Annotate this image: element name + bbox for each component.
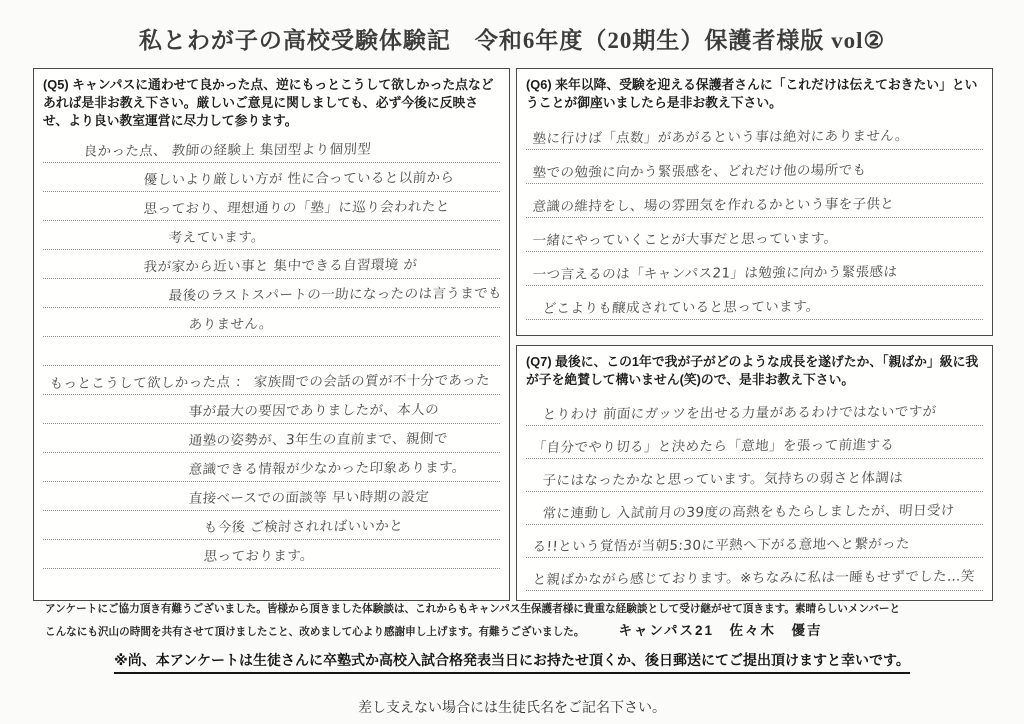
handwritten-text: 子にはなったかなと思っています。気持ちの弱さと体調は (526, 466, 904, 491)
handwritten-text: 最後のラストスパートの一助になったのは言うまでも (43, 282, 503, 308)
thanks-message-line2: こんなにも沢山の時間を共有させて頂けましたこと、改めまして心より感謝申し上げます… (45, 619, 1005, 639)
handwritten-line: 思っております。 (43, 540, 500, 569)
handwritten-line: 優しいより厳しい方が 性に合っていると以前から (43, 163, 500, 192)
thanks-message-line1: アンケートにご協力頂き有難うございました。皆様から頂きました体験談は、これからも… (45, 601, 1005, 616)
handwritten-line: 良かった点、 教師の経験上 集団型より個別型 (43, 134, 500, 163)
q6-box: (Q6) 来年以降、受験を迎える保護者さんに「これだけは伝えておきたい」というこ… (516, 68, 993, 336)
handwritten-text: 通塾の姿勢が、3年生の直前まで、親側で (43, 427, 448, 452)
handwritten-text: 事が最大の要因でありましたが、本人の (43, 398, 440, 423)
handwritten-text: 思っており、理想通りの「塾」に巡り会われたと (43, 195, 450, 220)
handwritten-line: とりわけ 前面にガッツを出せる力量があるわけではないですが (526, 393, 983, 426)
submission-notice: ※尚、本アンケートは生徒さんに卒塾式か高校入試合格発表当日にお持たせ頂くか、後日… (114, 650, 910, 674)
handwritten-line: 一緒にやっていくことが大事だと思っています。 (526, 218, 983, 252)
handwritten-text: 「自分でやり切る」と決めたら「意地」を張って前進する (526, 433, 895, 458)
handwritten-text: ありません。 (43, 313, 274, 337)
handwritten-text: る!!という覚悟が当朝5:30に平熱へ下がる意地へと繋がった (526, 532, 911, 557)
handwritten-line: 思っており、理想通りの「塾」に巡り会われたと (43, 192, 500, 221)
handwritten-line: もっとこうして欲しかった点 ： 家族間での会話の質が不十分であった (43, 366, 500, 395)
handwritten-line: 塾に行けば「点数」があがるという事は絶対にありません。 (526, 116, 983, 150)
handwritten-line: る!!という覚悟が当朝5:30に平熱へ下がる意地へと繋がった (526, 525, 983, 558)
handwritten-line: 通塾の姿勢が、3年生の直前まで、親側で (43, 424, 500, 453)
handwritten-text: 直接ベースでの面談等 早い時期の設定 (43, 485, 430, 510)
handwritten-line: 最後のラストスパートの一助になったのは言うまでも (43, 279, 500, 308)
handwritten-text: 良かった点、 教師の経験上 集団型より個別型 (43, 138, 372, 163)
q7-box: (Q7) 最後に、この1年で我が子がどのような成長を遂げたか、「親ばか」級に我が… (516, 345, 993, 601)
student-name-footnote: 差し支えない場合には生徒氏名をご記名下さい。 (0, 697, 1024, 717)
submission-notice-wrap: ※尚、本アンケートは生徒さんに卒塾式か高校入試合格発表当日にお持たせ頂くか、後日… (0, 650, 1024, 674)
thanks-text: こんなにも沢山の時間を共有させて頂けましたこと、改めまして心より感謝申し上げます… (45, 624, 584, 639)
handwritten-text: とりわけ 前面にガッツを出せる力量があるわけではないですが (526, 400, 937, 425)
handwritten-line: 我が家から近い事と 集中できる自習環境 が (43, 250, 500, 279)
handwritten-text: も今後 ご検討されればいいかと (43, 515, 404, 540)
handwritten-line: と親ばかながら感じております。※ちなみに私は一睡もせずでした…笑 (526, 558, 983, 591)
handwritten-line: 一つ言えるのは「キャンパス21」は勉強に向かう緊張感は (526, 252, 983, 286)
handwritten-line: 常に連動し 入試前月の39度の高熱をもたらしましたが、明日受け (526, 492, 983, 525)
handwritten-text: 考えています。 (43, 226, 266, 250)
handwritten-line: も今後 ご検討されればいいかと (43, 511, 500, 540)
handwritten-text: 塾に行けば「点数」があがるという事は絶対にありません。 (526, 124, 910, 149)
q6-question: (Q6) 来年以降、受験を迎える保護者さんに「これだけは伝えておきたい」というこ… (526, 76, 983, 112)
handwritten-line: 意識の維持をし、場の雰囲気を作れるかという事を子供と (526, 184, 983, 218)
handwritten-text: 意識できる情報が少なかった印象あります。 (43, 456, 467, 481)
handwritten-text: と親ばかながら感じております。※ちなみに私は一睡もせずでした…笑 (526, 565, 976, 591)
handwritten-line: 意識できる情報が少なかった印象あります。 (43, 453, 500, 482)
handwritten-text: 一緒にやっていくことが大事だと思っています。 (526, 227, 838, 251)
q5-box: (Q5) キャンパスに通わせて良かった点、逆にもっとこうして欲しかった点などあれ… (33, 68, 510, 601)
handwritten-line: 「自分でやり切る」と決めたら「意地」を張って前進する (526, 426, 983, 459)
handwritten-text: 我が家から近い事と 集中できる自習環境 が (43, 254, 418, 279)
page-title: 私とわが子の高校受験体験記 令和6年度（20期生）保護者様版 vol② (0, 22, 1024, 55)
handwritten-text: 思っております。 (43, 544, 315, 568)
handwritten-text: 塾での勉強に向かう緊張感を、どれだけ他の場所でも (526, 159, 867, 184)
author-signature: キャンパス21 佐々木 優吉 (618, 619, 822, 639)
handwritten-line: 直接ベースでの面談等 早い時期の設定 (43, 482, 500, 511)
handwritten-text (43, 363, 49, 365)
q7-question: (Q7) 最後に、この1年で我が子がどのような成長を遂げたか、「親ばか」級に我が… (526, 353, 983, 389)
handwritten-text: もっとこうして欲しかった点 ： 家族間での会話の質が不十分であった (43, 369, 491, 395)
handwritten-text: 常に連動し 入試前月の39度の高熱をもたらしましたが、明日受け (526, 499, 955, 524)
handwritten-text: 意識の維持をし、場の雰囲気を作れるかという事を子供と (526, 192, 895, 217)
handwritten-line: どこよりも醸成されていると思っています。 (526, 286, 983, 320)
handwritten-line: 考えています。 (43, 221, 500, 250)
handwritten-line: 事が最大の要因でありましたが、本人の (43, 395, 500, 424)
handwritten-line: ありません。 (43, 308, 500, 337)
q5-question: (Q5) キャンパスに通わせて良かった点、逆にもっとこうして欲しかった点などあれ… (43, 76, 500, 130)
handwritten-line: 塾での勉強に向かう緊張感を、どれだけ他の場所でも (526, 150, 983, 184)
handwritten-text: 優しいより厳しい方が 性に合っていると以前から (43, 166, 455, 191)
handwritten-line (43, 337, 500, 366)
handwritten-line: 子にはなったかなと思っています。気持ちの弱さと体調は (526, 459, 983, 492)
handwritten-text: どこよりも醸成されていると思っています。 (526, 295, 820, 319)
handwritten-text: 一つ言えるのは「キャンパス21」は勉強に向かう緊張感は (526, 260, 898, 285)
